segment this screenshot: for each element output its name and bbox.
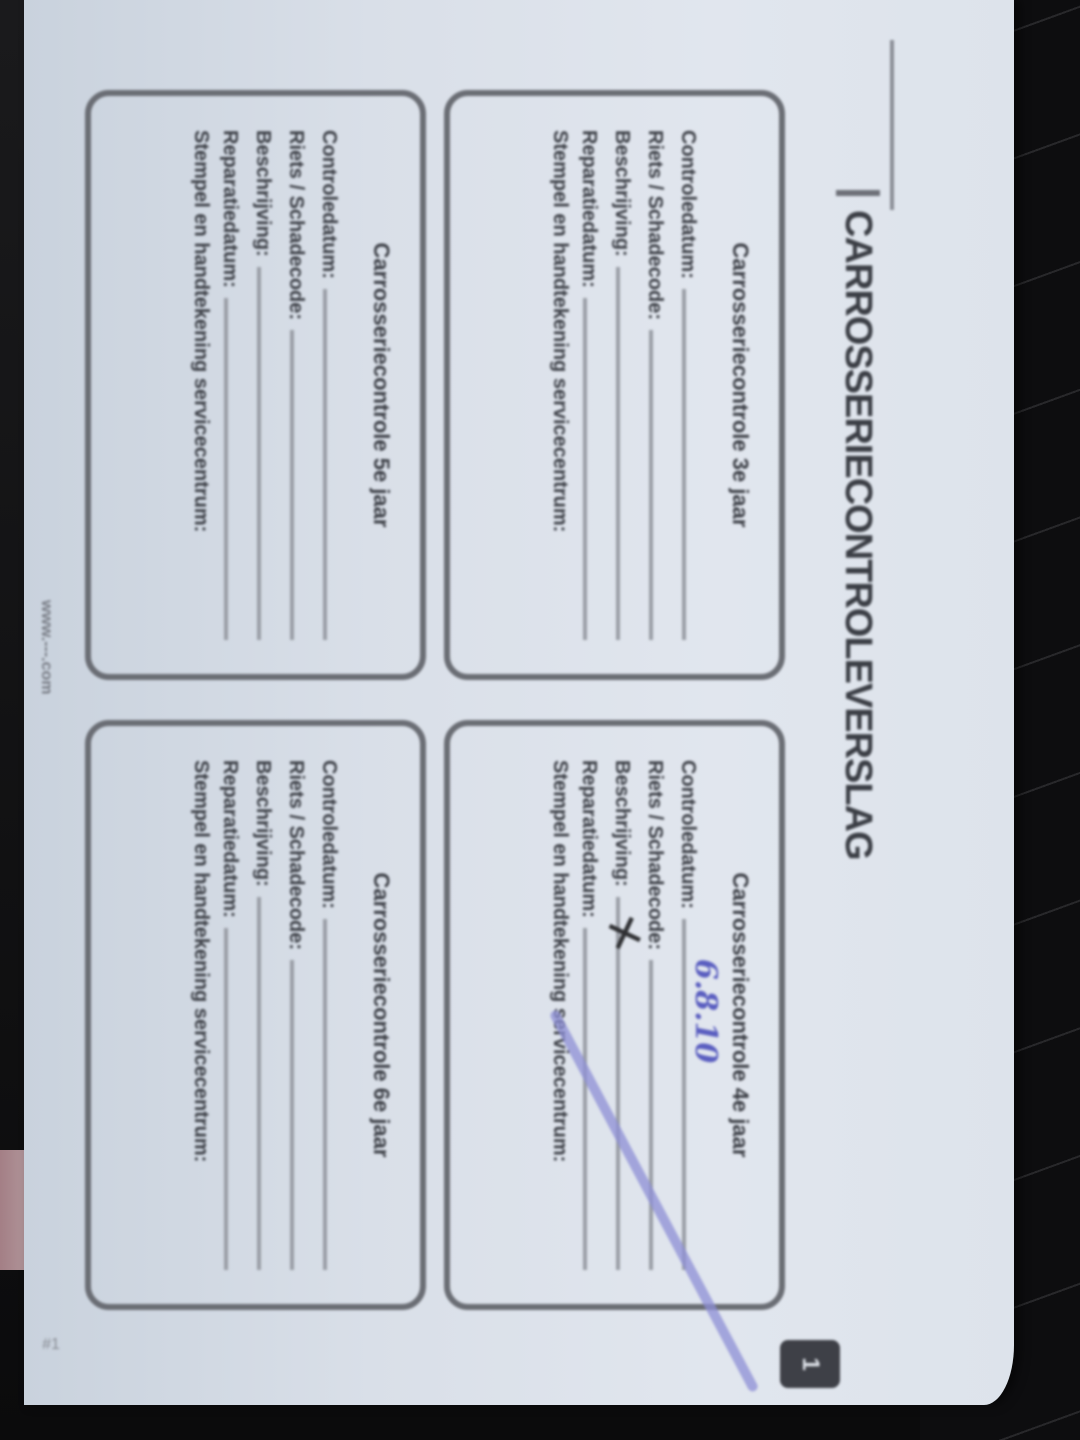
field-control-date[interactable]: Controledatum: xyxy=(317,130,350,640)
field-repair-date[interactable]: Reparatiedatum: xyxy=(577,760,610,1270)
card-title: Carrosseriecontrole 4e jaar xyxy=(727,760,753,1270)
field-damage-code[interactable]: Riets / Schadecode: xyxy=(284,760,317,1270)
handwritten-date: 6.8.10 xyxy=(688,959,723,1063)
inspection-card-year-4: Carrosseriecontrole 4e jaar Controledatu… xyxy=(444,720,785,1310)
field-description[interactable]: Beschrijving: xyxy=(610,760,643,1270)
stamp-signature-label: Stempel en handtekening servicecentrum: xyxy=(189,760,212,1270)
section-header: CARROSSERIECONTROLEVERSLAG xyxy=(836,190,880,860)
card-title: Carrosseriecontrole 6e jaar xyxy=(368,760,394,1270)
inspection-cards-grid: Carrosseriecontrole 3e jaar Controledatu… xyxy=(85,90,785,1310)
field-repair-date[interactable]: Reparatiedatum: xyxy=(218,760,251,1270)
field-control-date[interactable]: Controledatum: xyxy=(676,130,709,640)
stamp-signature-label: Stempel en handtekening servicecentrum: xyxy=(548,130,571,640)
card-title: Carrosseriecontrole 3e jaar xyxy=(727,130,753,640)
header-rule xyxy=(890,40,894,210)
corner-mark: #1 xyxy=(42,1336,60,1354)
section-tab-badge: 1 xyxy=(780,1340,840,1388)
page-footer: www.---.com xyxy=(37,600,55,695)
card-title: Carrosseriecontrole 5e jaar xyxy=(368,130,394,640)
title-accent-bar xyxy=(836,190,880,196)
field-repair-date[interactable]: Reparatiedatum: xyxy=(218,130,251,640)
section-title: CARROSSERIECONTROLEVERSLAG xyxy=(837,210,880,860)
inspection-card-year-6: Carrosseriecontrole 6e jaar Controledatu… xyxy=(85,720,426,1310)
page-content: CARROSSERIECONTROLEVERSLAG 1 Carrosserie… xyxy=(20,40,1020,1400)
field-repair-date[interactable]: Reparatiedatum: xyxy=(577,130,610,640)
field-control-date[interactable]: Controledatum:6.8.10 xyxy=(676,760,709,1270)
field-description[interactable]: Beschrijving: xyxy=(251,760,284,1270)
field-description[interactable]: Beschrijving: xyxy=(610,130,643,640)
field-damage-code[interactable]: Riets / Schadecode: xyxy=(284,130,317,640)
inspection-card-year-3: Carrosseriecontrole 3e jaar Controledatu… xyxy=(444,90,785,680)
field-description[interactable]: Beschrijving: xyxy=(251,130,284,640)
inspection-card-year-5: Carrosseriecontrole 5e jaar Controledatu… xyxy=(85,90,426,680)
field-control-date[interactable]: Controledatum: xyxy=(317,760,350,1270)
stamp-signature-label: Stempel en handtekening servicecentrum: xyxy=(189,130,212,640)
field-damage-code[interactable]: Riets / Schadecode: xyxy=(643,130,676,640)
